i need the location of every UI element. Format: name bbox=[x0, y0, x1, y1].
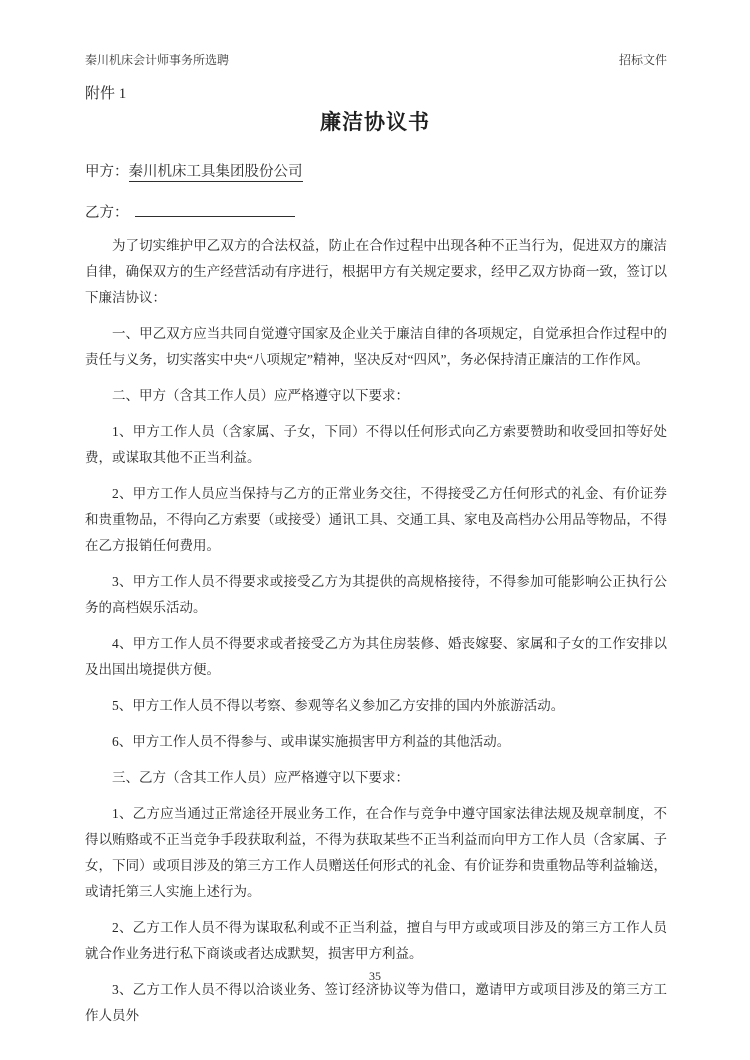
paragraph: 2、甲方工作人员应当保持与乙方的正常业务交往，不得接受乙方任何形式的礼金、有价证… bbox=[85, 481, 667, 559]
party-a-line: 甲方：秦川机床工具集团股份公司 bbox=[85, 160, 303, 181]
paragraph: 2、乙方工作人员不得为谋取私利或不正当利益，擅自与甲方或或项目涉及的第三方工作人… bbox=[85, 915, 667, 967]
document-page: 秦川机床会计师事务所选聘 招标文件 附件 1 廉洁协议书 甲方：秦川机床工具集团… bbox=[0, 0, 750, 1060]
paragraph: 为了切实维护甲乙双方的合法权益，防止在合作过程中出现各种不正当行为，促进双方的廉… bbox=[85, 233, 667, 311]
page-header: 秦川机床会计师事务所选聘 招标文件 bbox=[85, 51, 667, 68]
paragraph: 3、甲方工作人员不得要求或接受乙方为其提供的高规格接待，不得参加可能影响公正执行… bbox=[85, 569, 667, 621]
paragraph: 5、甲方工作人员不得以考察、参观等名义参加乙方安排的国内外旅游活动。 bbox=[85, 693, 667, 719]
party-b-line: 乙方： bbox=[85, 201, 295, 222]
party-a-value: 秦川机床工具集团股份公司 bbox=[129, 164, 303, 182]
header-left-text: 秦川机床会计师事务所选聘 bbox=[85, 51, 229, 68]
party-b-label: 乙方： bbox=[85, 205, 129, 221]
paragraph: 1、甲方工作人员（含家属、子女，下同）不得以任何形式向乙方索要赞助和收受回扣等好… bbox=[85, 419, 667, 471]
paragraph: 一、甲乙双方应当共同自觉遵守国家及企业关于廉洁自律的各项规定，自觉承担合作过程中… bbox=[85, 321, 667, 373]
document-title: 廉洁协议书 bbox=[0, 106, 750, 136]
header-right-text: 招标文件 bbox=[619, 51, 667, 68]
party-a-label: 甲方： bbox=[85, 164, 129, 180]
attachment-label: 附件 1 bbox=[85, 82, 126, 103]
paragraph: 三、乙方（含其工作人员）应严格遵守以下要求： bbox=[85, 765, 667, 791]
body-paragraphs: 为了切实维护甲乙双方的合法权益，防止在合作过程中出现各种不正当行为，促进双方的廉… bbox=[85, 233, 667, 1039]
paragraph: 二、甲方（含其工作人员）应严格遵守以下要求： bbox=[85, 383, 667, 409]
page-number: 35 bbox=[0, 969, 750, 984]
paragraph: 4、甲方工作人员不得要求或者接受乙方为其住房装修、婚丧嫁娶、家属和子女的工作安排… bbox=[85, 631, 667, 683]
paragraph: 3、乙方工作人员不得以洽谈业务、签订经济协议等为借口，邀请甲方或项目涉及的第三方… bbox=[85, 977, 667, 1029]
paragraph: 6、甲方工作人员不得参与、或串谋实施损害甲方利益的其他活动。 bbox=[85, 729, 667, 755]
paragraph: 1、乙方应当通过正常途径开展业务工作，在合作与竞争中遵守国家法律法规及规章制度，… bbox=[85, 801, 667, 905]
party-b-blank-underline bbox=[135, 203, 295, 217]
